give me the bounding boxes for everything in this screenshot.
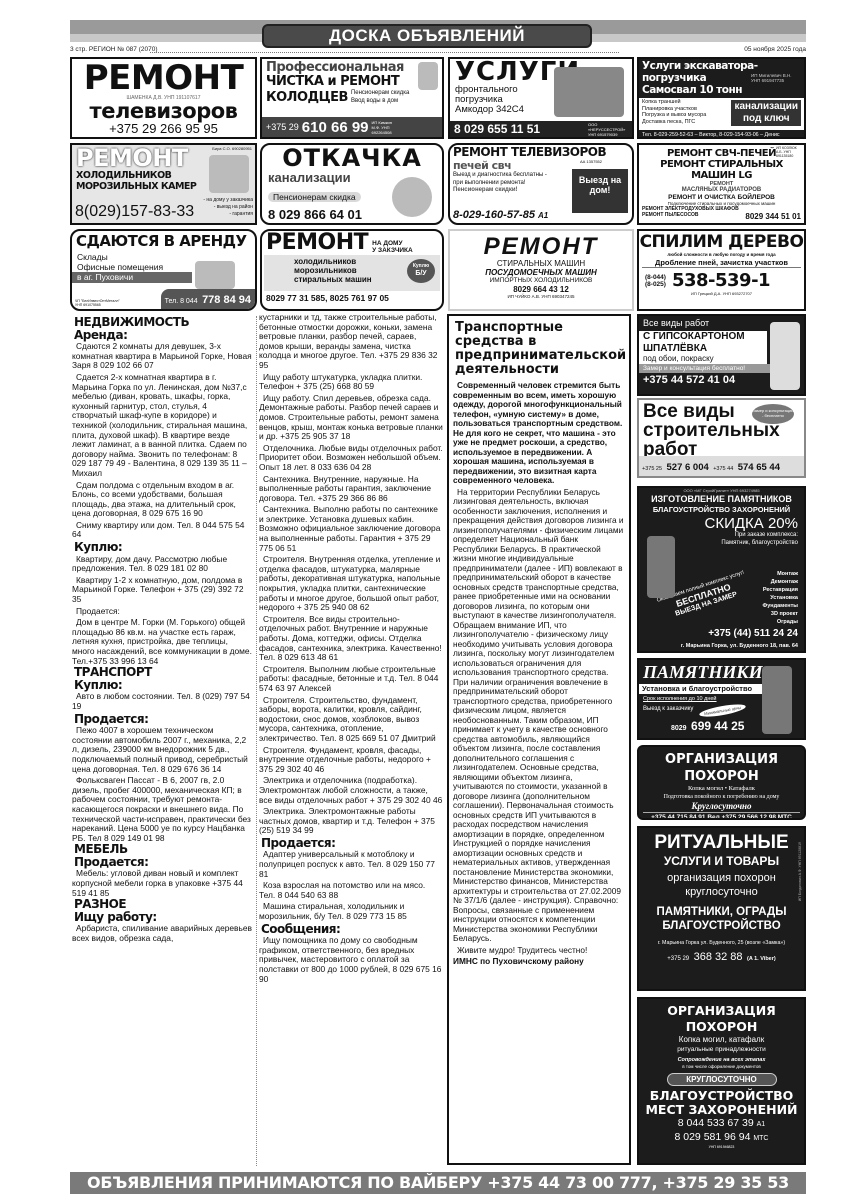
ad-excavator[interactable]: Услуги экскаватора-погрузчика Самосвал 1…	[637, 57, 806, 139]
article-lead: Современный человек стремится быть совре…	[453, 381, 625, 486]
subheading-messages: Сообщения:	[261, 925, 443, 935]
subheading-buy: Куплю:	[74, 543, 252, 553]
round-the-clock-badge: КРУГЛОСУТОЧНО	[667, 1073, 777, 1086]
classified-ad: Строителя. Выполним любые строительные р…	[259, 665, 443, 694]
ad-tree-cutting[interactable]: СПИЛИМ ДЕРЕВО любой сложности в любую по…	[637, 229, 806, 311]
running-head-left: 3 стр. РЕГИОН № 087 (2070)	[70, 46, 158, 53]
heading-realty: НЕДВИЖИМОСТЬ	[74, 318, 252, 328]
ad-bullet: Ввод воды в дом	[351, 97, 409, 105]
article-body: На территории Республики Беларусь лизинг…	[453, 488, 625, 944]
classified-ad: Электрика и отделочника (подработка). Эл…	[259, 776, 443, 805]
classified-ad: Электрика. Электромонтажные работы частн…	[259, 807, 443, 836]
classified-ad: Строителя. Внутренняя отделка, утепление…	[259, 555, 443, 613]
heading-misc: РАЗНОЕ	[74, 900, 252, 910]
classified-ad: Фольксваген Пассат - В 6, 2007 гв, 2.0 д…	[72, 776, 252, 843]
ad-sewage-pumping[interactable]: ОТКАЧКА канализации Пенсионерам скидка 8…	[260, 143, 444, 225]
classified-ad: Авто в любом состоянии. Тел. 8 (029) 797…	[72, 692, 252, 711]
ad-monuments[interactable]: ООО «МГ СтройГранит» УНП 693274985 ИЗГОТ…	[637, 486, 806, 653]
tv-badge: Выезд на дом!	[572, 169, 628, 213]
classified-ad: Арбариста, спиливание аварийных деревьев…	[72, 924, 252, 943]
ad-well-cleaning[interactable]: Профессиональная ЧИСТКА и РЕМОНТ КОЛОДЦЕ…	[260, 57, 444, 139]
classified-ad: Строителя. Все виды строительно-отделочн…	[259, 615, 443, 663]
subheading-sell: Продается:	[74, 858, 252, 868]
ad-fridge-repair[interactable]: РЕМОНТ Бира С.О. 690280951 ХОЛОДИЛЬНИКОВ…	[70, 143, 257, 225]
ad-drywall[interactable]: Все виды работ С ГИПСОКАРТОНОМ ШПАТЛЁВКА…	[637, 314, 806, 396]
running-head-dots	[150, 52, 619, 53]
article-closing: Живите мудро! Трудитесь честно!	[453, 946, 625, 956]
ad-tv-repair[interactable]: РЕМОНТ ШАМЕНКА Д.В. УНП 191107617 телеви…	[70, 57, 257, 139]
ad-home-repair[interactable]: РЕМОНТ НА ДОМУ У ЗАКЗЧИКА холодильников …	[260, 229, 444, 311]
running-head-date: 05 ноября 2025 года	[744, 46, 806, 53]
tax-article: Транспортные средства в предпринимательс…	[447, 314, 631, 1165]
section-title: ДОСКА ОБЪЯВЛЕНИЙ	[262, 24, 592, 48]
ad-monuments-install[interactable]: ПАМЯТНИКИ Установка и благоустройство Ср…	[637, 658, 806, 740]
keys-icon	[195, 261, 235, 289]
ad-washing-machine-repair[interactable]: РЕМОНТ СТИРАЛЬНЫХ МАШИН ПОСУДОМОЕЧНЫХ МА…	[448, 229, 634, 311]
truck-icon	[392, 177, 432, 217]
subheading-buy: Куплю:	[74, 681, 252, 691]
ad-appliance-repair[interactable]: РЕМОНТ СВЧ-ПЕЧЕЙ РЕМОНТ СТИРАЛЬНЫХ МАШИН…	[637, 143, 806, 225]
subheading-sell-plain: Продается:	[72, 607, 252, 617]
heading-furniture: МЕБЕЛЬ	[74, 845, 252, 855]
classified-ad: Ищу работу штукатурка, укладка плитки. Т…	[259, 373, 443, 392]
classified-ad: Сдается 2-х комнатная квартира в г. Марь…	[72, 373, 252, 479]
loader-icon	[554, 67, 624, 117]
ad-bullet: Пенсионерам скидка	[351, 89, 409, 97]
classifieds-column-1: НЕДВИЖИМОСТЬ Аренда: Сдаются 2 комнаты д…	[72, 316, 252, 946]
classifieds-column-2: кустарники и тд, также строительные рабо…	[259, 313, 443, 986]
subheading-sell: Продается:	[74, 715, 252, 725]
classified-ad: Квартиру 1-2 х комнатную, дом, полдома в…	[72, 576, 252, 605]
classified-ad: Коза взрослая на потомство или на мясо. …	[259, 881, 443, 900]
ad-construction-works[interactable]: Все виды строительных работ Замер и конс…	[637, 398, 806, 478]
ad-funeral-organization-2[interactable]: ОРГАНИЗАЦИЯ ПОХОРОН Копка могил, катафал…	[637, 997, 806, 1165]
classified-ad: Строителя. Фундамент, кровля, фасады, вн…	[259, 746, 443, 775]
classified-ad: Сантехника. Внутренние, наружные. На вып…	[259, 475, 443, 504]
classified-ad: Адаптер универсальный к мотоблоку и полу…	[259, 850, 443, 879]
ad-rent-warehouse[interactable]: СДАЮТСЯ В АРЕНДУ Склады Офисные помещени…	[70, 229, 257, 311]
subheading-rent: Аренда:	[74, 331, 252, 341]
classified-ad: Сдаются 2 комнаты для девушек, 3-х комна…	[72, 342, 252, 371]
angel-statue-icon	[762, 666, 792, 734]
well-icon	[418, 62, 438, 90]
worker-icon	[770, 322, 800, 390]
classified-ad: Мебель: угловой диван новый и комплект к…	[72, 869, 252, 898]
subheading-job: Ищу работу:	[74, 913, 252, 923]
classified-ad: Сниму квартиру или дом. Тел. 8 044 575 5…	[72, 521, 252, 540]
fridge-icon	[209, 155, 249, 193]
classified-ad: Ищу помощника по дому со свободным графи…	[259, 936, 443, 984]
ad-loader-services[interactable]: УСЛУГИ фронтального погрузчика Амкодор 3…	[448, 57, 634, 139]
classified-ad: Машина стиральная, холодильник и морозил…	[259, 902, 443, 921]
classified-ad: кустарники и тд, также строительные рабо…	[259, 313, 443, 371]
angel-icon	[647, 536, 675, 598]
subheading-sell: Продается:	[261, 839, 443, 849]
classified-ad: Ищу работу. Спил деревьев, обрезка сада.…	[259, 394, 443, 442]
classified-ad: Сдам полдома с отдельным входом в аг. Бл…	[72, 481, 252, 519]
classified-ad: Квартиру, дом дачу. Рассмотрю любые пред…	[72, 555, 252, 574]
classified-ad: Строителя. Строительство, фундамент, заб…	[259, 696, 443, 744]
ad-funeral-organization[interactable]: ОРГАНИЗАЦИЯ ПОХОРОН Копка могил • Катафа…	[637, 745, 806, 820]
classified-ad: Отделочника. Любые виды отделочных работ…	[259, 444, 443, 473]
classified-ad: Пежо 4007 в хорошем техническом состояни…	[72, 726, 252, 774]
ad-ritual-services[interactable]: РИТУАЛЬНЫЕ УСЛУГИ И ТОВАРЫ организация п…	[637, 826, 806, 991]
article-signature: ИМНС по Пуховичскому району	[453, 957, 625, 967]
ad-tv-microwave-repair[interactable]: РЕМОНТ ТЕЛЕВИЗОРОВ печей свч АА 1357552 …	[448, 143, 634, 225]
column-divider	[256, 316, 257, 1166]
viber-footer-banner: ОБЪЯВЛЕНИЯ ПРИНИМАЮТСЯ ПО ВАЙБЕРУ +375 4…	[70, 1172, 806, 1194]
article-title: Транспортные средства в предпринимательс…	[455, 321, 625, 377]
classified-ad: Дом в центре М. Горки (М. Горького) обще…	[72, 618, 252, 666]
classified-ad: Сантехника. Выполню работы по сантехнике…	[259, 505, 443, 553]
heading-transport: ТРАНСПОРТ	[74, 668, 252, 678]
